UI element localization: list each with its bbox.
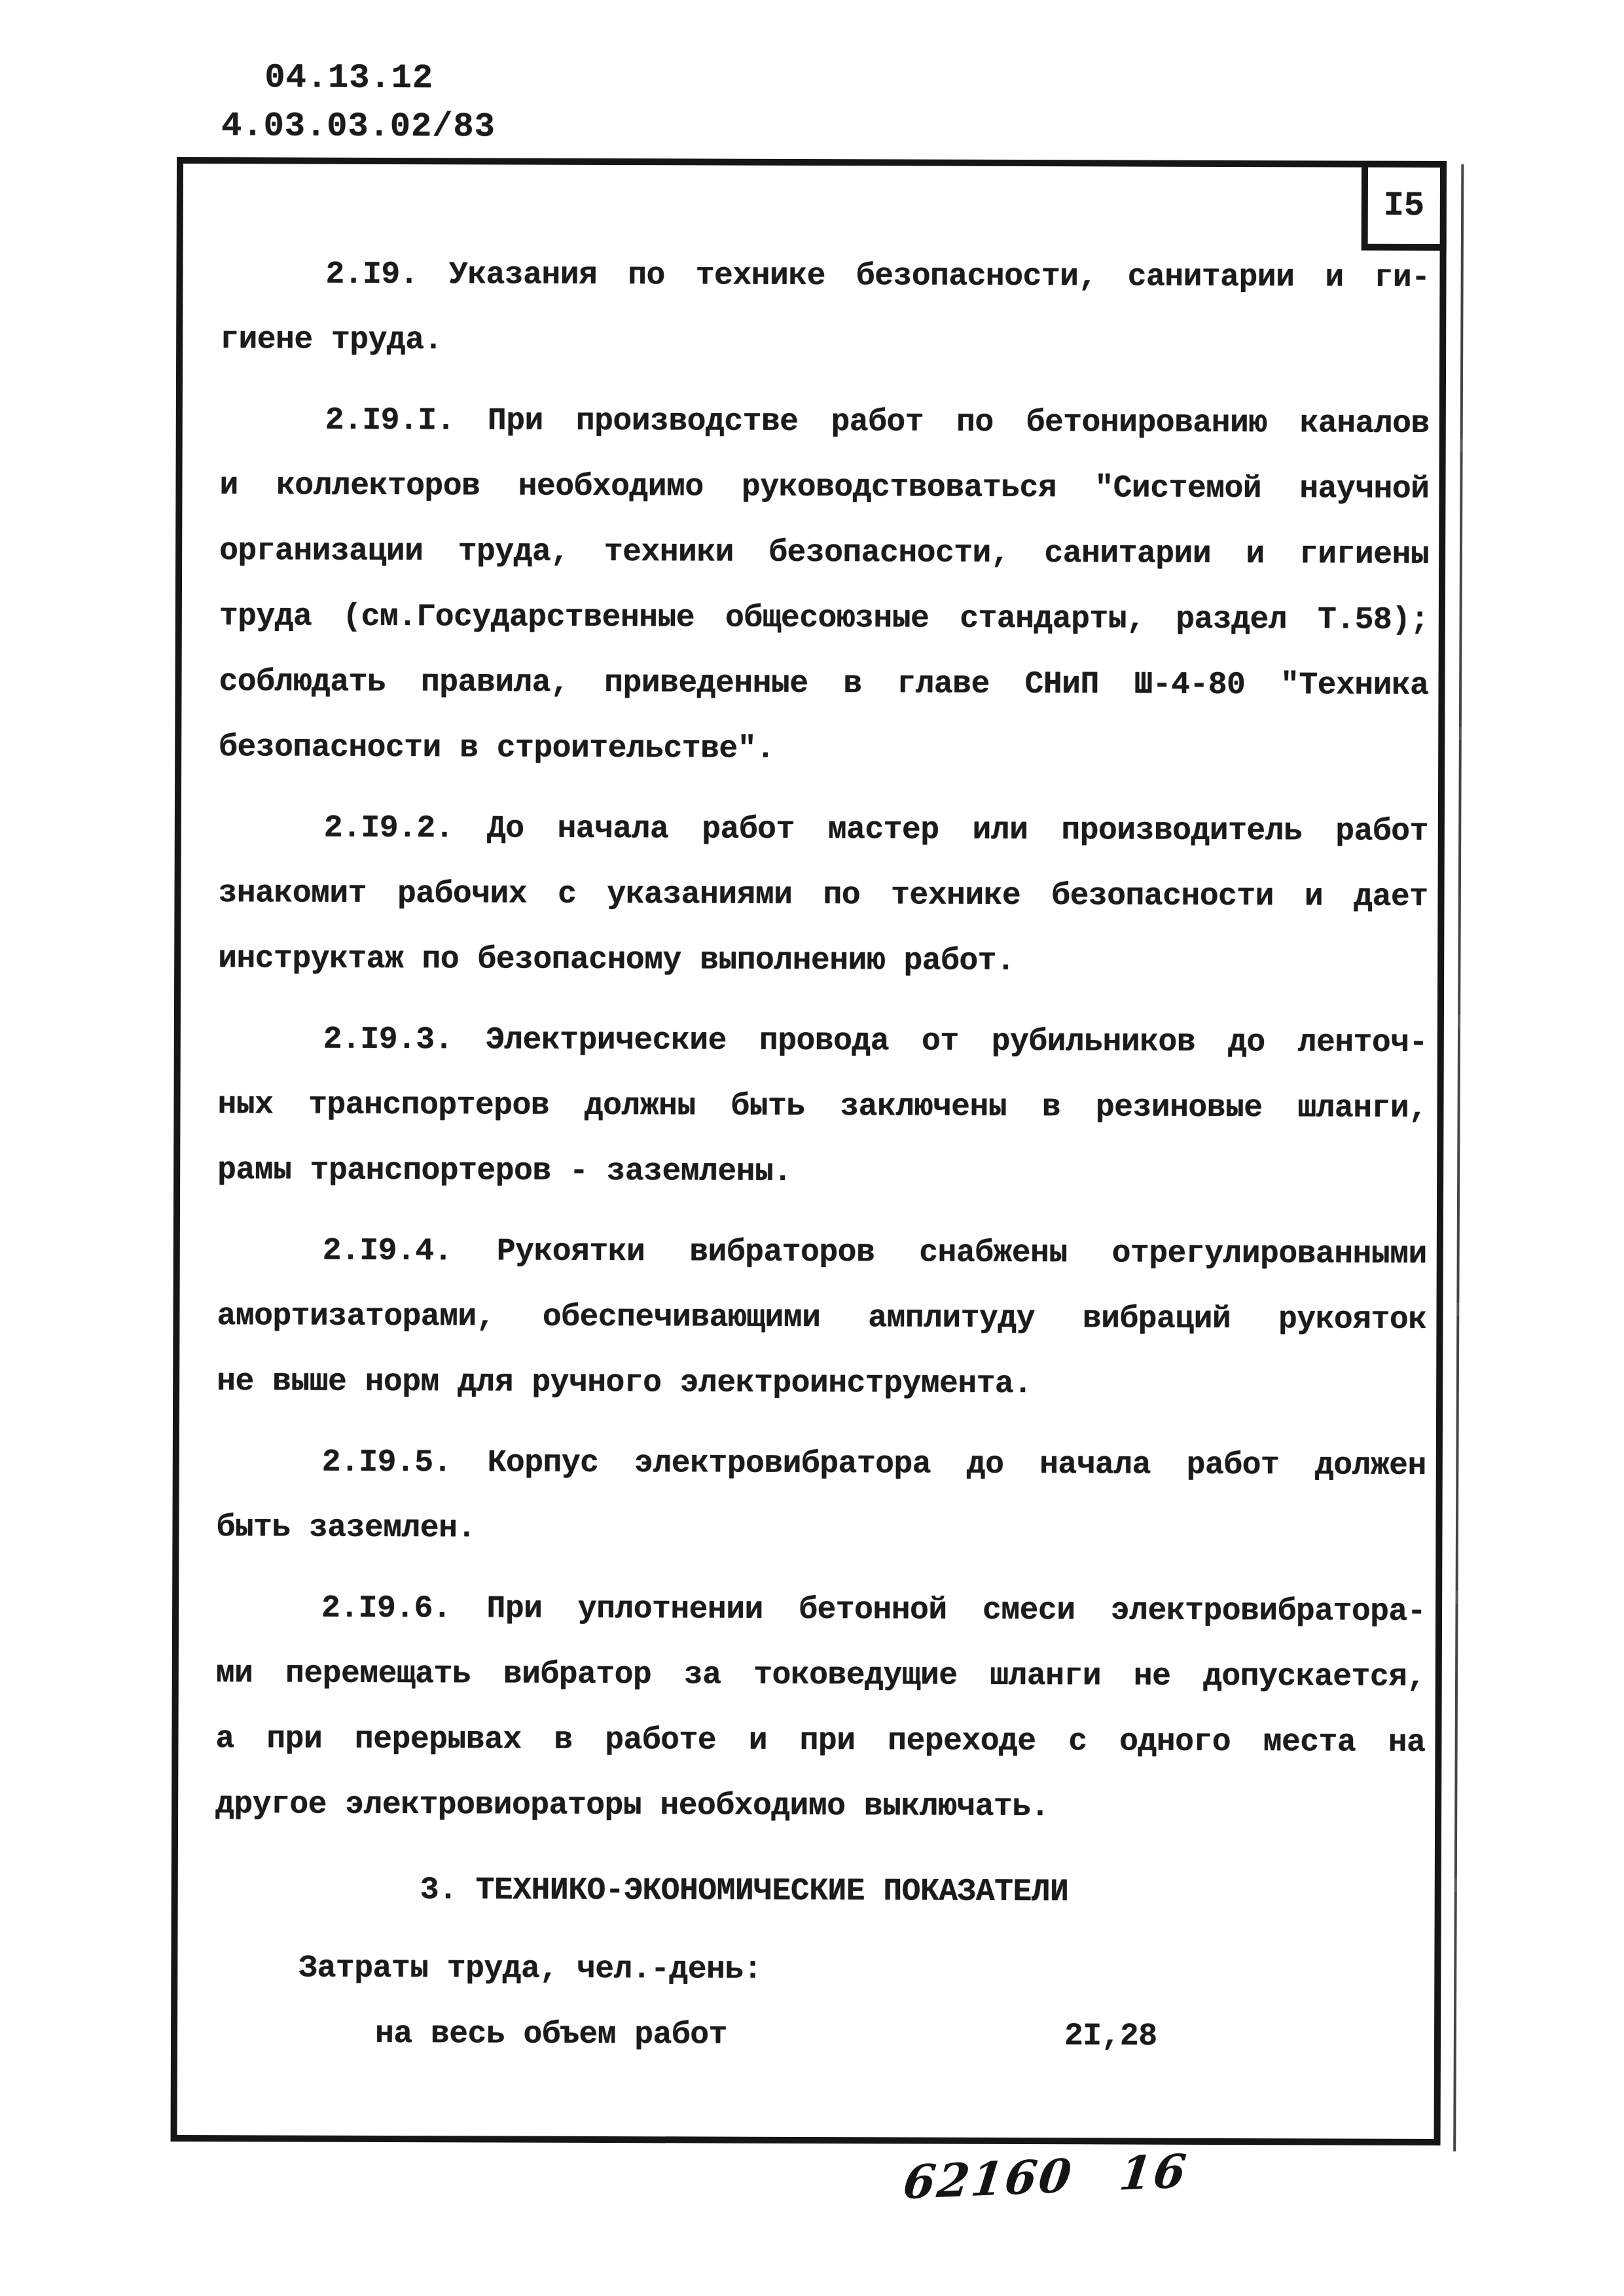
scan-edge-line: [1453, 164, 1464, 2151]
text-line: и коллекторов необходимо руководствовать…: [219, 453, 1429, 522]
text-line: амортизаторами, обеспечивающими амплитуд…: [217, 1283, 1426, 1353]
text-line: гиене труда.: [220, 307, 1430, 376]
paragraph: 2.I9. Указания по технике безопасности, …: [220, 242, 1430, 376]
text-line: а при перерывах в работе и при переходе …: [215, 1706, 1425, 1776]
text-line: 2.I9.I. При производстве работ по бетони…: [220, 387, 1430, 457]
document-code-top: 04.13.12: [264, 58, 433, 98]
text-line: 2.I9.2. До начала работ мастер или произ…: [219, 795, 1428, 865]
paragraph: 2.I9.I. При производстве работ по бетони…: [219, 387, 1430, 784]
text-line: соблюдать правила, приведенные в главе С…: [219, 649, 1428, 719]
section-heading: 3. ТЕХНИКО-ЭКОНОМИЧЕСКИЕ ПОКАЗАТЕЛИ: [215, 1857, 1425, 1926]
document-frame: I5 2.I9. Указания по технике безопасност…: [171, 157, 1447, 2145]
text-line: 2.I9.3. Электрические провода от рубильн…: [218, 1007, 1428, 1076]
paragraph: 2.I9.4. Рукоятки вибраторов снабжены отр…: [217, 1218, 1427, 1418]
text-line: другое электровиораторы необходимо выклю…: [215, 1772, 1425, 1841]
labor-row-label: на весь объем работ: [375, 2001, 727, 2068]
text-line: труда (см.Государственные общесоюзные ст…: [219, 584, 1429, 653]
text-line: не выше норм для ручного электроинструме…: [217, 1349, 1426, 1418]
text-line: ных транспортеров должны быть заключены …: [217, 1072, 1427, 1141]
document-body: 2.I9. Указания по технике безопасности, …: [177, 164, 1440, 2070]
text-line: 2.I9.4. Рукоятки вибраторов снабжены отр…: [217, 1218, 1427, 1287]
paragraph: 2.I9.3. Электрические провода от рубильн…: [217, 1007, 1428, 1207]
text-line: рамы транспортеров - заземлены.: [217, 1138, 1427, 1207]
text-line: инструктаж по безопасному выполнению раб…: [218, 926, 1428, 996]
paragraph: 2.I9.6. При уплотнении бетонной смеси эл…: [215, 1575, 1426, 1841]
text-line: 2.I9.5. Корпус электровибратора до начал…: [217, 1429, 1426, 1499]
paragraph: 2.I9.5. Корпус электровибратора до начал…: [216, 1429, 1426, 1564]
text-line: ми перемещать вибратор за токоведущие шл…: [216, 1641, 1426, 1710]
text-line: организации труда, техники безопасности,…: [219, 518, 1429, 588]
labor-row-value: 2I,28: [1064, 2003, 1157, 2069]
text-line: безопасности в строительстве".: [219, 715, 1428, 784]
scanned-page: 04.13.12 4.03.03.02/83 I5 2.I9. Указания…: [0, 0, 1624, 2296]
paragraph: 2.I9.2. До начала работ мастер или произ…: [218, 795, 1428, 996]
paragraphs: 2.I9. Указания по технике безопасности, …: [215, 242, 1430, 1841]
text-line: 2.I9. Указания по технике безопасности, …: [220, 242, 1430, 311]
handwritten-page-number: 16: [1117, 2144, 1191, 2201]
handwritten-number: 62160: [901, 2148, 1076, 2210]
text-line: знакомит рабочих с указаниями по технике…: [218, 861, 1428, 930]
text-line: быть заземлен.: [216, 1495, 1426, 1564]
text-line: 2.I9.6. При уплотнении бетонной смеси эл…: [216, 1575, 1426, 1645]
labor-costs-row: на весь объем работ 2I,28: [215, 2001, 1424, 2070]
document-code-bottom: 4.03.03.02/83: [221, 107, 496, 146]
labor-costs-title: Затраты труда, чел.-день:: [215, 1935, 1424, 2005]
handwritten-note: 6216016: [901, 2144, 1191, 2210]
